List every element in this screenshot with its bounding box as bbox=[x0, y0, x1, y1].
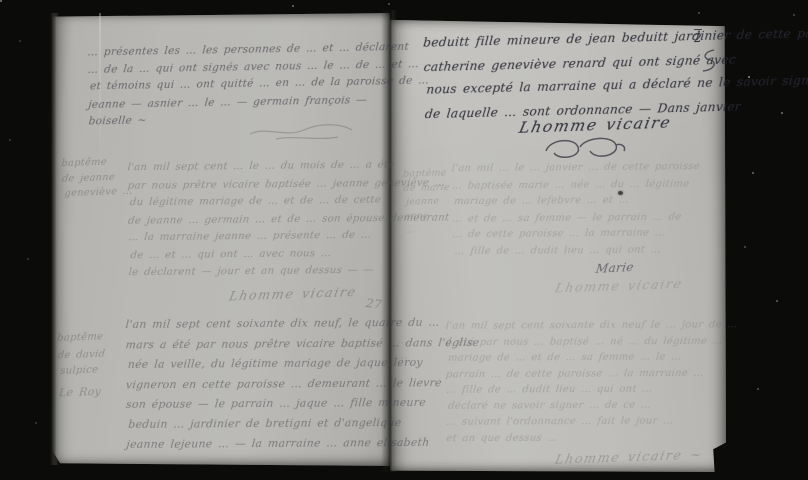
handwritten-line: et an que dessus … bbox=[445, 430, 719, 447]
margin-note-faded: …… bbox=[398, 333, 408, 363]
handwritten-line: … bbox=[404, 222, 451, 237]
handwritten-line: baptême bbox=[403, 166, 450, 181]
margin-note-baptism-jeanne: baptêmede jeannegeneviève … bbox=[61, 154, 131, 201]
handwritten-line: … bbox=[397, 333, 408, 348]
baptism-entry-text: l'an mil sept cent soixante dix neuf, le… bbox=[126, 313, 369, 455]
handwritten-line: mariage de … et de … sa femme … le … bbox=[447, 349, 720, 366]
handwritten-line: l'an mil sept cent soixante dix neuf, le… bbox=[125, 313, 369, 335]
page-mark: 27 bbox=[365, 296, 383, 312]
handwritten-line: … bbox=[397, 349, 409, 364]
handwritten-line: baptême bbox=[57, 329, 106, 347]
scanner-dust-specks bbox=[0, 0, 2, 2]
handwritten-line: l'an mil sept cent soixante dix neuf le … bbox=[445, 317, 719, 334]
handwritten-line: … fille de … dudit lieu … qui ont … bbox=[445, 381, 719, 398]
margin-note-baptism-david-leroy: baptêmede davidsulpiceLe Roy bbox=[57, 329, 107, 401]
handwritten-line: … de cette paroisse … la marraine … bbox=[451, 225, 721, 244]
handwritten-line: geneviève … bbox=[64, 184, 133, 201]
handwritten-line: l'an mil … le … janvier … de cette paroi… bbox=[451, 159, 721, 178]
ink-blot bbox=[618, 191, 623, 195]
marginal-flourish-icon bbox=[698, 48, 720, 74]
handwritten-line: mars a été par nous prêtre vicaire bapti… bbox=[124, 334, 368, 356]
name-marie-annotation: Marie bbox=[595, 260, 635, 276]
scanned-register-spread: { "document": { "kind": "Scanned two-pag… bbox=[0, 0, 808, 480]
handwritten-line: du légitime mariage de … et de … de cett… bbox=[129, 192, 360, 212]
handwritten-line: … fille de … dudit lieu … qui ont … bbox=[454, 241, 723, 260]
handwritten-line: beduin … jardinier de bretigni et d'ange… bbox=[127, 413, 371, 435]
margin-note-baptism-marie: baptêmede mariejeanneanne… bbox=[403, 166, 451, 237]
baptism-entry-text: l'an mil sept cent soixante dix neuf le … bbox=[446, 317, 719, 446]
handwritten-line: déclaré ne savoir signer … de ce … bbox=[447, 397, 720, 414]
handwritten-line: … suivant l'ordonnance … fait le jour … bbox=[445, 413, 719, 430]
handwritten-line: Le Roy bbox=[58, 383, 107, 401]
handwritten-line: son épouse — le parrain … jaque … fille … bbox=[125, 393, 369, 415]
baptism-entry-text: l'an mil … le … janvier … de cette paroi… bbox=[452, 159, 721, 260]
handwritten-line: vigneron en cette paroisse … demeurant …… bbox=[125, 374, 369, 396]
signature-paraph-icon bbox=[246, 118, 356, 144]
handwritten-line: … la marraine jeanne … présente … de … bbox=[127, 227, 359, 247]
handwritten-line: jeanne lejeune … — la marraine … anne el… bbox=[125, 433, 369, 455]
continuation-text-block: … présentes les … les personnes de … et … bbox=[87, 40, 356, 131]
correction-mark: 2 bbox=[694, 29, 702, 45]
handwritten-line: sulpice bbox=[60, 362, 108, 380]
baptism-entry-text: l'an mil sept cent … le … du mois de … a… bbox=[127, 157, 358, 282]
record-closing-text-block: beduitt fille mineure de jean beduitt ja… bbox=[423, 24, 721, 125]
signature-paraph-icon bbox=[540, 133, 630, 163]
handwritten-line: née la veille, du légitime mariage de ja… bbox=[127, 353, 371, 375]
handwritten-line: baptême bbox=[61, 154, 130, 171]
handwritten-line: l'an mil sept cent … le … du mois de … a… bbox=[127, 157, 359, 177]
handwritten-line: mariage de … lefebvre … et … bbox=[453, 192, 722, 211]
handwritten-line: le déclarent — jour et an que dessus — — bbox=[128, 262, 360, 282]
handwritten-line: jeanne bbox=[406, 194, 453, 209]
